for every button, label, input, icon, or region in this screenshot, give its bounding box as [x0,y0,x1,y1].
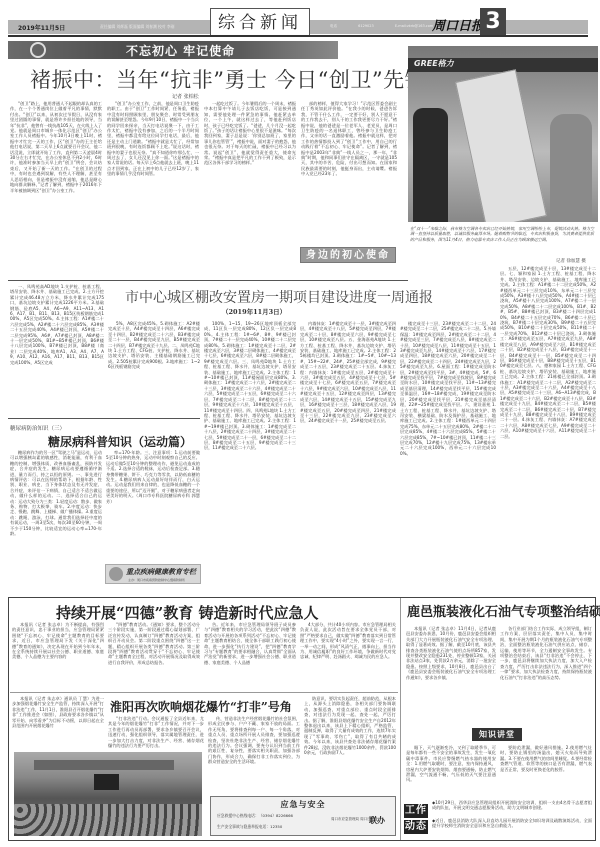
lead-column-4: 部的榜样，值得大家学习！”示范区管委会副主任丁秀英如此评价他。“在我小的时候，爸… [301,101,397,243]
lead-column-3: 一起吃过饭了。今年暑假后的一个周末，褚振中本打算中午请儿子去饭店吃饭，可是接到通… [204,101,296,277]
project-column-1: 一、凤鸣苑高AD地块 1.支护桩、桩基工程、塔吊安装、降水井、基础施工已完成。2… [10,284,104,414]
fireworks-headline: 淮阳再次吹响烟花爆竹“打非”号角 [110,698,292,715]
work-label-line2: 动态 [404,820,428,834]
work-news-label: 工作 动态 [404,804,428,836]
co-organizer-suffix: 联办 [369,815,385,826]
section-title: 综合新闻 [210,8,310,36]
diabetes-column-2: 率=170-年龄。三、注意事项：1.运动前要做5至10分钟的热身，运动中时刻观察… [106,450,200,560]
health-column-ad: 重点疾病健康教育专栏 主办：周口市疾病预防控制中心慢病防制所 [105,564,201,584]
theme-banner: 不忘初心 牢记使命 [8,41,338,59]
lpg-column-1: 本报讯（记者 张志卓）11月4日，记者从鹿邑县安委办获悉，10月份，鹿邑县安委会… [406,626,496,722]
project-column-2: 5%，A8区完成45%。5.砌体施工：A2#楼完成至十层，A4#楼完成至十四层，… [108,321,200,414]
lead-headline: 褚振中：当年“抗非”勇士 今日“创卫”先锋 [30,64,426,94]
news-photo-appliance-store: GREE格力 [408,46,598,222]
section-divider [8,280,408,281]
contact-info: 电话 6129023 E-mail:zkrb@163.com [330,24,433,29]
meeting-audience [14,804,202,836]
lpg-headline: 鹿邑瓶装液化石油气专项整治结硕果 [407,601,600,620]
lead-column-2: “创卫”办公室工作，之前，他是周口卫生防疫的职工。由于“创卫”工作时间紧、任务重… [107,101,199,277]
photo-caption: 在“双十一”来临之际，我市格力空调各专卖店已经开始热销，家用空调纷纷上市，促销活… [410,226,596,242]
work-label-line1: 工作 [404,804,428,818]
project-date: （2019年11月3日） [222,307,286,316]
report-hotline: 生产安全事故与隐患举报电话：12350 [217,824,282,830]
emergency-hotline: 应急救援中心热线电话：（0394）8226666 [217,813,293,819]
project-headline: 市中心城区棚改安置房一期项目建设进度一周通报 [125,287,433,307]
project-column-6: 五层，12#楼完成至十层，13#楼完成至十二层。七、颍和家园 1.土方工程、桩基… [500,266,596,591]
photo-aircon-box [455,69,547,222]
section-divider [8,418,200,419]
four-virtues-headline: 持续开展“四德”教育 铸造新时代应急人 [56,602,318,623]
lpg-column-2: 各行业部门结合工作实际，成立领导组，制订工作方案，层层落实责任，集中人员、集中时… [500,626,592,722]
work-news-item-1: ◆10月29日，西华县应急管理局组织开展消防安全培训，组织一支由4名骨干志愿者组… [432,800,592,818]
work-news-item-2: ◆近日，鹿邑县消防大队深入县直幼儿园开展消防安全知识培训及疏散演练活动，全面提升… [432,818,592,838]
safety-title: 应急与安全 [211,799,395,810]
store-sign: GREE格力 [408,58,598,72]
knowledge-column-2: 要防范泄漏，做好通风措施。2.使用燃气灶时，要防止锅里的汤溢出，熄灭火焰而导致泄… [500,745,592,797]
knowledge-column-1: 眼下，天气逐渐变冷，又到了取暖季节，可是每年都有一些不安全的事故发生，发生一氧化… [406,745,496,797]
issue-date: 2019年11月5日 [18,23,65,32]
virtues-column-1: 本报讯（记者 张志卓）为不断提高，有强烈的责任意识，忠于事业的担当，应急管理局紧… [12,622,104,690]
doctor-icon [109,567,123,581]
ad-title: 重点疾病健康教育专栏 [126,567,196,577]
section-divider [10,692,398,693]
editors-credit: 责任编辑 刘辉磊 版面编辑 刘春潮 校对 李刚 [100,24,174,30]
project-column-4: 内墙抹灰：1#楼完成至十一层，3#楼完成至四层，4#楼完成至十八层，5#楼完成至… [300,321,396,591]
lead-column-1: “创卫”路上，他用普通人不起眼的却认真的工作，在一个个普通岗位上做着平凡的事情，… [10,101,102,277]
fireworks-column-2: “打非治违”行动。会议通报了全县近年来，尤其是今年的烟花爆竹“打非”工作情况，并… [108,716,204,750]
diabetes-column-1: 糖尿病作为的另一区“驾驶之马”是运动，运动可以增强胰岛素的敏感性，消耗能量，有利… [10,450,102,590]
project-column-5: 楼完成至十三层，23#楼完成至二十二层，24#楼完成至二十二层，25#楼完成二十… [400,321,496,591]
diabetes-kicker: 糖尿病防治知识（三） [10,424,65,432]
meeting-screen [94,774,119,790]
diabetes-headline: 糖尿病科普知识（运动篇） [48,433,192,450]
page-number: 3 [480,8,506,36]
fireworks-column-1: 本报讯（记者 朱志卓）通讯员 丁慧）为进一步加强烟花爆竹安全生产监管，持续深入开… [12,696,104,750]
virtues-column-3: 告。近年来，市应急管理局领导班子成员参与“四德”教育相关的学习活动，把此次“四德… [204,622,296,690]
photo-credit: 记者 徐加慧 摄 [556,258,586,264]
party-emblem-icon [30,42,46,58]
meeting-banner [34,760,174,770]
news-photo-meeting [14,752,202,836]
fireworks-column-4: 防意识，要切实负起责任，超前防范，从根本上，从源头上消除隐患，各相关部门要协调联… [304,696,396,792]
column-divider [400,598,401,840]
paper-logo: 周口日报 [432,15,484,34]
safety-hotline-box: 应急与安全 应急救援中心热线电话：（0394）8226666 生产安全事故与隐患… [210,796,396,836]
ad-subtitle: 主办：周口市疾病预防控制中心慢病防制所 [128,578,185,582]
photo-person-right [550,114,592,222]
photo-person-left [413,108,448,222]
fireworks-column-3: 传，营造非法生产经营烟花爆竹的社会氛围，形成全民参与、户户不藏、家家不放的局面。… [208,716,300,792]
lead-byline: 记者 张柏松 [172,93,199,100]
column-tag: 身边的初心使命 [300,247,396,263]
project-column-3: 100%，1~15、19~26区地库顶板全部完成，11区负一层完成80%，12区… [204,321,296,591]
banner-text: 不忘初心 牢记使命 [126,42,235,59]
virtues-column-4: 4大部分，共计40小项内容。市应急管理局相关负责人说，此次活动旨在要求全体党员干… [300,622,396,690]
knowledge-label: 知识讲堂 [472,728,522,741]
virtues-column-2: “四德”教育活动。《通知》要求，整个活动分三个阶段实施，第一阶段通过精心谋划部署… [108,622,200,690]
masthead-rule [8,35,588,37]
